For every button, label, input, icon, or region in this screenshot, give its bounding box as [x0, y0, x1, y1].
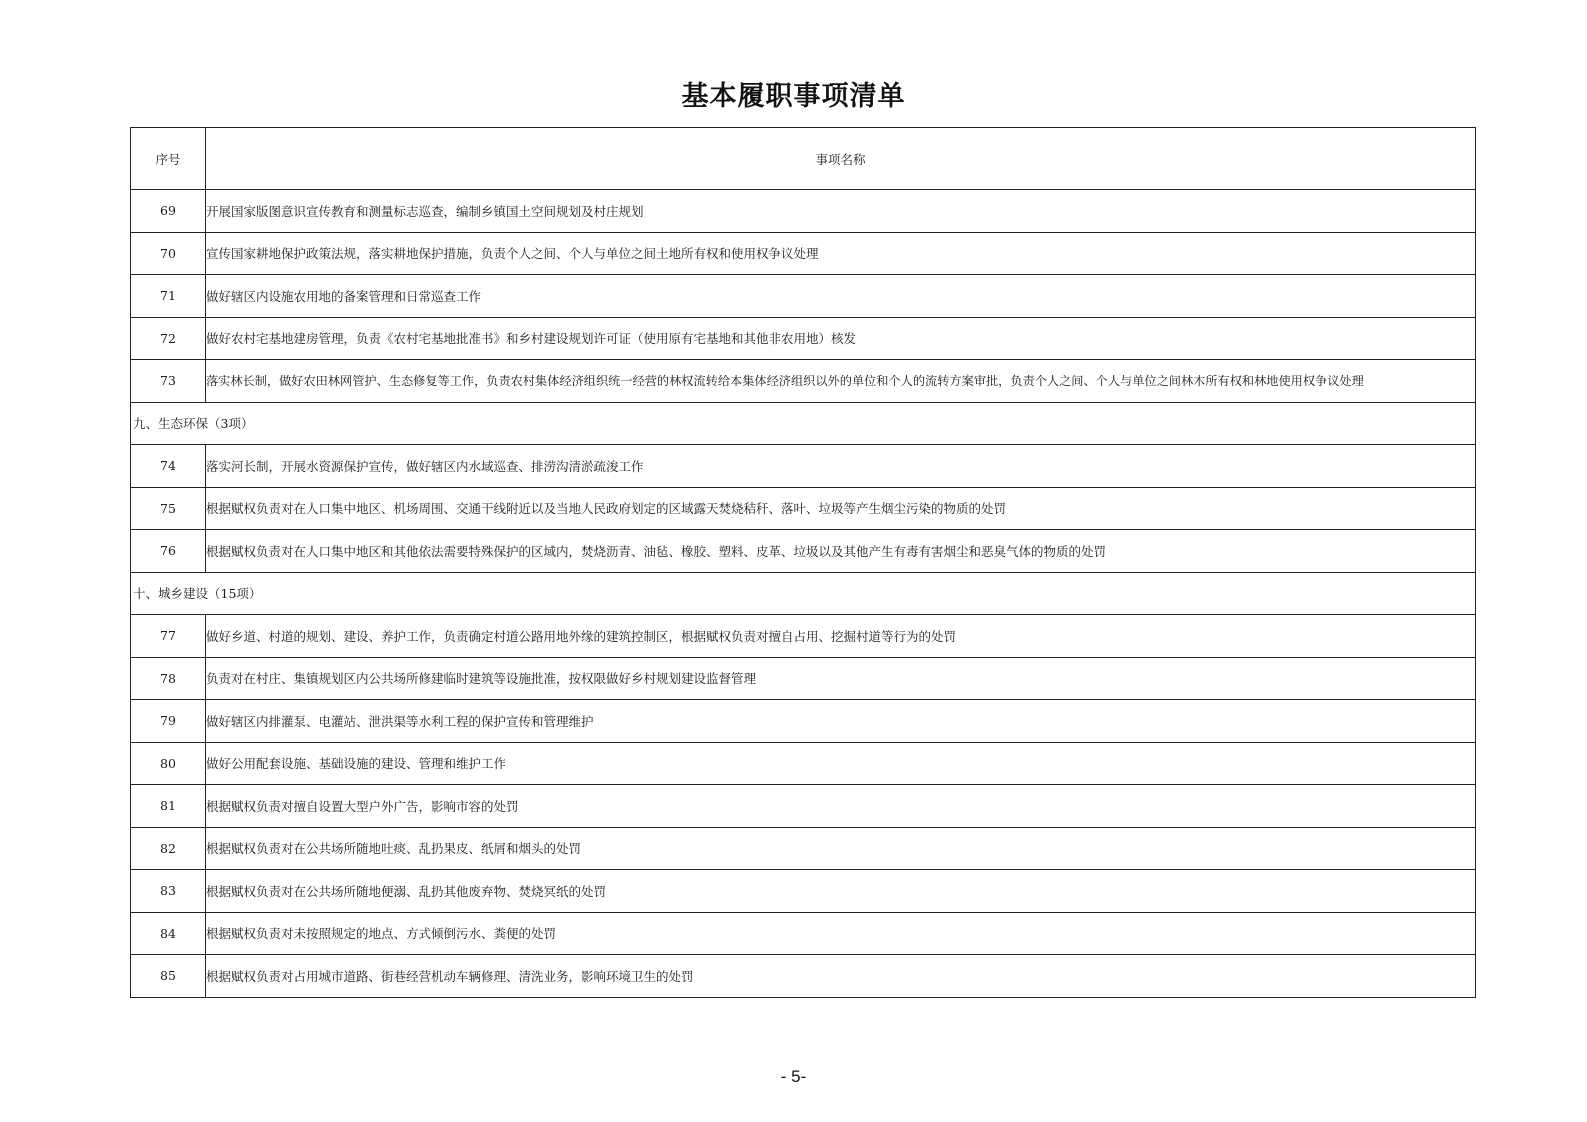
row-number: 71 [131, 275, 206, 318]
table-row: 70 宣传国家耕地保护政策法规，落实耕地保护措施，负责个人之间、个人与单位之间土… [131, 232, 1476, 275]
row-number: 72 [131, 317, 206, 360]
section-heading: 九、生态环保（3项） [131, 402, 1476, 445]
row-number: 69 [131, 190, 206, 233]
row-item-name: 根据赋权负责对未按照规定的地点、方式倾倒污水、粪便的处罚 [206, 912, 1476, 955]
table-row: 77 做好乡道、村道的规划、建设、养护工作，负责确定村道公路用地外缘的建筑控制区… [131, 615, 1476, 658]
row-item-name: 做好农村宅基地建房管理，负责《农村宅基地批准书》和乡村建设规划许可证（使用原有宅… [206, 317, 1476, 360]
row-number: 83 [131, 870, 206, 913]
header-item-name: 事项名称 [206, 128, 1476, 190]
row-number: 73 [131, 360, 206, 403]
row-item-name: 做好辖区内设施农用地的备案管理和日常巡查工作 [206, 275, 1476, 318]
table-row: 85 根据赋权负责对占用城市道路、街巷经营机动车辆修理、清洗业务，影响环境卫生的… [131, 955, 1476, 998]
row-item-name: 根据赋权负责对占用城市道路、街巷经营机动车辆修理、清洗业务，影响环境卫生的处罚 [206, 955, 1476, 998]
table-row: 72 做好农村宅基地建房管理，负责《农村宅基地批准书》和乡村建设规划许可证（使用… [131, 317, 1476, 360]
table-row: 74 落实河长制，开展水资源保护宣传，做好辖区内水域巡查、排涝沟清淤疏浚工作 [131, 445, 1476, 488]
row-item-name: 做好公用配套设施、基础设施的建设、管理和维护工作 [206, 742, 1476, 785]
table-row: 71 做好辖区内设施农用地的备案管理和日常巡查工作 [131, 275, 1476, 318]
row-item-name: 开展国家版图意识宣传教育和测量标志巡查，编制乡镇国土空间规划及村庄规划 [206, 190, 1476, 233]
table-row: 79 做好辖区内排灌泵、电灌站、泄洪渠等水利工程的保护宣传和管理维护 [131, 700, 1476, 743]
row-number: 82 [131, 827, 206, 870]
row-number: 75 [131, 487, 206, 530]
row-number: 74 [131, 445, 206, 488]
row-number: 70 [131, 232, 206, 275]
table-row: 82 根据赋权负责对在公共场所随地吐痰、乱扔果皮、纸屑和烟头的处罚 [131, 827, 1476, 870]
table-header-row: 序号 事项名称 [131, 128, 1476, 190]
table-row: 75 根据赋权负责对在人口集中地区、机场周围、交通干线附近以及当地人民政府划定的… [131, 487, 1476, 530]
row-number: 77 [131, 615, 206, 658]
row-item-name: 根据赋权负责对在人口集中地区、机场周围、交通干线附近以及当地人民政府划定的区域露… [206, 487, 1476, 530]
document-title: 基本履职事项清单 [0, 74, 1587, 113]
row-number: 85 [131, 955, 206, 998]
row-item-name: 根据赋权负责对在人口集中地区和其他依法需要特殊保护的区域内，焚烧沥青、油毡、橡胶… [206, 530, 1476, 573]
row-number: 78 [131, 657, 206, 700]
table-row: 69 开展国家版图意识宣传教育和测量标志巡查，编制乡镇国土空间规划及村庄规划 [131, 190, 1476, 233]
table-row: 78 负责对在村庄、集镇规划区内公共场所修建临时建筑等设施批准，按权限做好乡村规… [131, 657, 1476, 700]
row-item-name: 根据赋权负责对在公共场所随地吐痰、乱扔果皮、纸屑和烟头的处罚 [206, 827, 1476, 870]
section-row-ecology: 九、生态环保（3项） [131, 402, 1476, 445]
table-row: 80 做好公用配套设施、基础设施的建设、管理和维护工作 [131, 742, 1476, 785]
row-item-name: 做好乡道、村道的规划、建设、养护工作，负责确定村道公路用地外缘的建筑控制区，根据… [206, 615, 1476, 658]
row-item-name: 落实河长制，开展水资源保护宣传，做好辖区内水域巡查、排涝沟清淤疏浚工作 [206, 445, 1476, 488]
section-heading: 十、城乡建设（15项） [131, 572, 1476, 615]
table-row: 73 落实林长制，做好农田林网管护、生态修复等工作，负责农村集体经济组织统一经营… [131, 360, 1476, 403]
section-row-urban-rural: 十、城乡建设（15项） [131, 572, 1476, 615]
row-number: 79 [131, 700, 206, 743]
table-row: 84 根据赋权负责对未按照规定的地点、方式倾倒污水、粪便的处罚 [131, 912, 1476, 955]
row-number: 84 [131, 912, 206, 955]
page-number: - 5- [0, 1067, 1587, 1087]
duty-items-table: 序号 事项名称 69 开展国家版图意识宣传教育和测量标志巡查，编制乡镇国土空间规… [130, 127, 1476, 998]
row-item-name: 落实林长制，做好农田林网管护、生态修复等工作，负责农村集体经济组织统一经营的林权… [206, 360, 1476, 403]
row-number: 76 [131, 530, 206, 573]
table-row: 81 根据赋权负责对擅自设置大型户外广告，影响市容的处罚 [131, 785, 1476, 828]
row-item-name: 根据赋权负责对在公共场所随地便溺、乱扔其他废弃物、焚烧冥纸的处罚 [206, 870, 1476, 913]
row-item-name: 根据赋权负责对擅自设置大型户外广告，影响市容的处罚 [206, 785, 1476, 828]
table-row: 83 根据赋权负责对在公共场所随地便溺、乱扔其他废弃物、焚烧冥纸的处罚 [131, 870, 1476, 913]
row-number: 80 [131, 742, 206, 785]
row-item-name: 做好辖区内排灌泵、电灌站、泄洪渠等水利工程的保护宣传和管理维护 [206, 700, 1476, 743]
row-item-name: 宣传国家耕地保护政策法规，落实耕地保护措施，负责个人之间、个人与单位之间土地所有… [206, 232, 1476, 275]
table-row: 76 根据赋权负责对在人口集中地区和其他依法需要特殊保护的区域内，焚烧沥青、油毡… [131, 530, 1476, 573]
row-item-name: 负责对在村庄、集镇规划区内公共场所修建临时建筑等设施批准，按权限做好乡村规划建设… [206, 657, 1476, 700]
header-sequence-number: 序号 [131, 128, 206, 190]
row-number: 81 [131, 785, 206, 828]
